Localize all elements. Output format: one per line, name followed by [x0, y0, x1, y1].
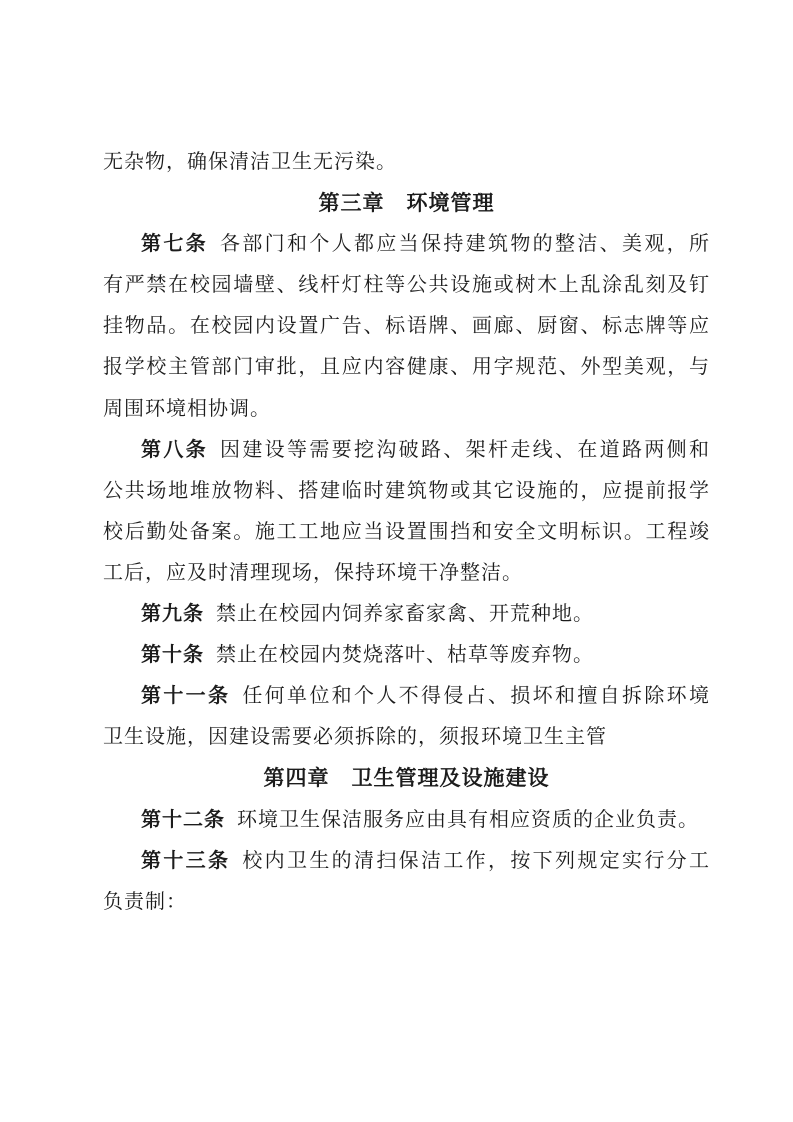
document-page: 无杂物，确保清洁卫生无污染。 第三章 环境管理 第七条各部门和个人都应当保持建筑…: [0, 0, 793, 1122]
article-7-line-3: 挂物品。在校园内设置广告、标语牌、画廊、厨窗、标志牌等应: [103, 306, 710, 347]
page-text-column: 无杂物，确保清洁卫生无污染。 第三章 环境管理 第七条各部门和个人都应当保持建筑…: [103, 142, 710, 923]
article-13-text-1: 校内卫生的清扫保洁工作，按下列规定实行分工: [242, 850, 710, 872]
article-12-line-1: 第十二条环境卫生保洁服务应由具有相应资质的企业负责。: [103, 800, 710, 841]
chapter-3-heading: 第三章 环境管理: [103, 183, 710, 224]
article-10-label: 第十条: [141, 644, 204, 666]
article-7-line-1: 第七条各部门和个人都应当保持建筑物的整洁、美观，所: [103, 224, 710, 265]
article-11-label: 第十一条: [141, 685, 230, 707]
article-12-text-1: 环境卫生保洁服务应由具有相应资质的企业负责。: [237, 809, 699, 831]
article-7-line-4: 报学校主管部门审批，且应内容健康、用字规范、外型美观，与: [103, 347, 710, 388]
article-7-line-5: 周围环境相协调。: [103, 389, 710, 430]
article-8-line-4: 工后，应及时清理现场，保持环境干净整洁。: [103, 553, 710, 594]
article-7-line-2: 有严禁在校园墙壁、线杆灯柱等公共设施或树木上乱涂乱刻及钉: [103, 265, 710, 306]
article-7-label: 第七条: [141, 233, 208, 255]
article-13-line-1: 第十三条校内卫生的清扫保洁工作，按下列规定实行分工: [103, 841, 710, 882]
article-9-line-1: 第九条禁止在校园内饲养家畜家禽、开荒种地。: [103, 594, 710, 635]
article-10-line-1: 第十条禁止在校园内焚烧落叶、枯草等废弃物。: [103, 635, 710, 676]
article-8-line-1: 第八条因建设等需要挖沟破路、架杆走线、在道路两侧和: [103, 430, 710, 471]
article-11-line-2: 卫生设施，因建设需要必须拆除的，须报环境卫生主管: [103, 717, 710, 758]
article-11-line-1: 第十一条任何单位和个人不得侵占、损坏和擅自拆除环境: [103, 676, 710, 717]
article-13-line-2: 负责制：: [103, 882, 710, 923]
article-12-label: 第十二条: [141, 809, 225, 831]
article-11-text-1: 任何单位和个人不得侵占、损坏和擅自拆除环境: [242, 685, 710, 707]
article-9-text-1: 禁止在校园内饲养家畜家禽、开荒种地。: [216, 603, 594, 625]
article-9-label: 第九条: [141, 603, 204, 625]
chapter-4-heading: 第四章 卫生管理及设施建设: [103, 758, 710, 799]
article-8-line-2: 公共场地堆放物料、搭建临时建筑物或其它设施的，应提前报学: [103, 471, 710, 512]
article-7-text-1: 各部门和个人都应当保持建筑物的整洁、美观，所: [220, 233, 710, 255]
article-13-label: 第十三条: [141, 850, 230, 872]
article-10-text-1: 禁止在校园内焚烧落叶、枯草等废弃物。: [216, 644, 594, 666]
carryover-paragraph-line: 无杂物，确保清洁卫生无污染。: [103, 142, 710, 183]
article-8-label: 第八条: [141, 439, 208, 461]
article-8-line-3: 校后勤处备案。施工工地应当设置围挡和安全文明标识。工程竣: [103, 512, 710, 553]
article-8-text-1: 因建设等需要挖沟破路、架杆走线、在道路两侧和: [220, 439, 710, 461]
